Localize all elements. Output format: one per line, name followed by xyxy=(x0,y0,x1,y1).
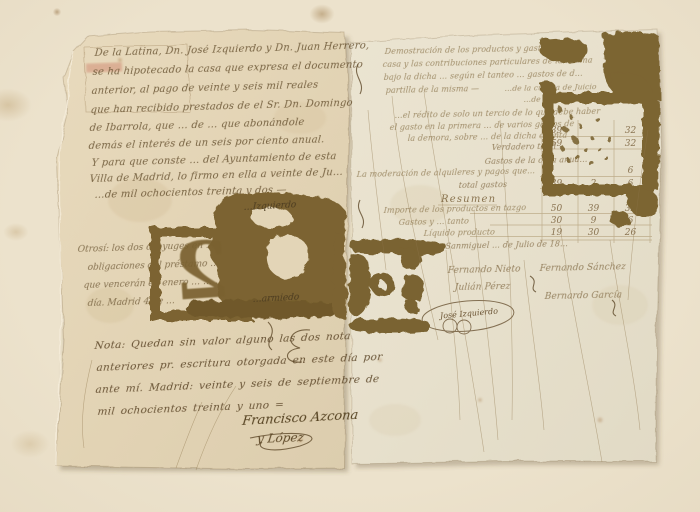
mirrored-numeral-stamp: 2 xyxy=(149,223,253,322)
ink-blot-right-top xyxy=(540,32,660,226)
photo-scene: De la Latina, Dn. José Izquierdo y Dn. J… xyxy=(0,0,700,512)
ink-blot-layer xyxy=(0,0,700,512)
ink-speckles xyxy=(557,107,613,165)
ink-blot-right-left-edge xyxy=(349,239,446,333)
